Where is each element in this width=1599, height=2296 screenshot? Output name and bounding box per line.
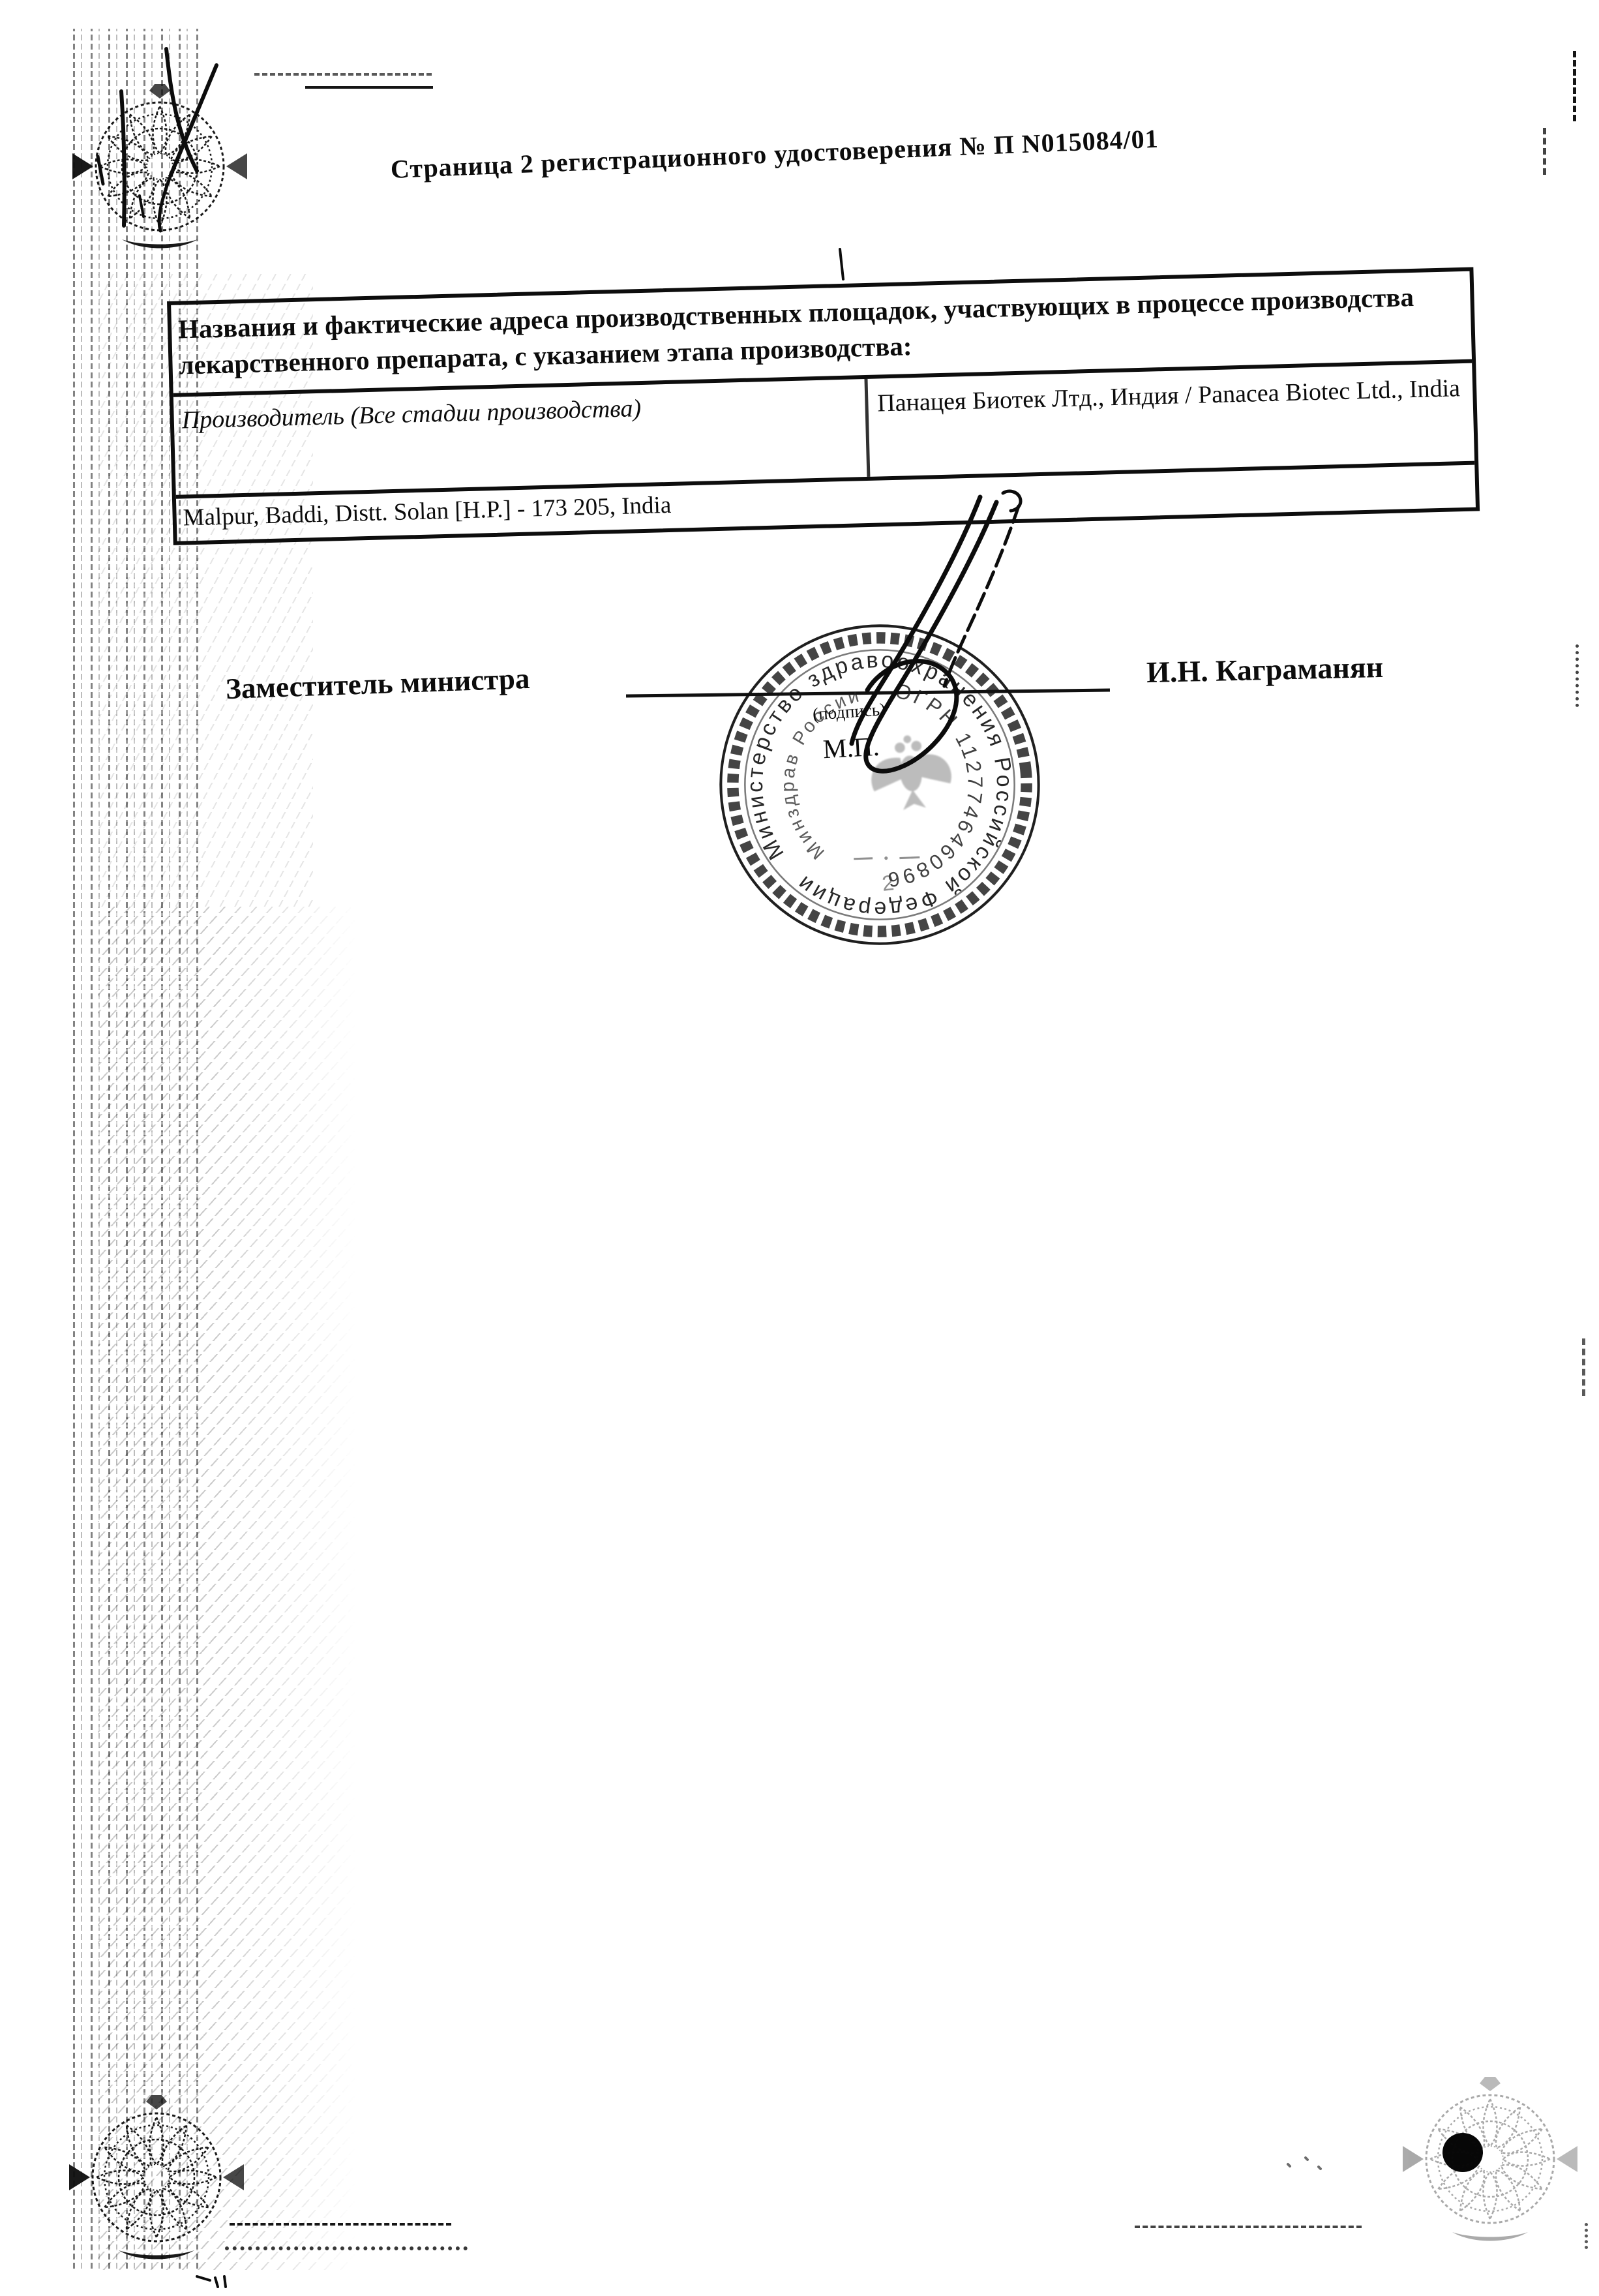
right-edge-dots-1	[1576, 644, 1579, 707]
seal-placeholder: М.П.	[822, 731, 880, 764]
rosette-bottom-right	[1403, 2077, 1577, 2241]
coat-of-arms-eagle	[867, 731, 955, 813]
page-title: Страница 2 регистрационного удостоверени…	[390, 119, 1258, 185]
signer-name: И.Н. Каграманян	[1146, 650, 1383, 689]
right-edge-dash-1	[1573, 51, 1576, 121]
right-edge-dots-2	[1585, 2223, 1588, 2249]
stray-dots-bottom-right	[1288, 2158, 1321, 2169]
manufacturing-sites-table: Названия и фактические адреса производст…	[167, 267, 1480, 545]
bottom-dotted-line-left	[225, 2246, 468, 2250]
scan-noise-lower-left	[98, 907, 378, 2270]
scanned-certificate-page: Страница 2 регистрационного удостоверени…	[0, 0, 1599, 2296]
producer-role-cell: Производитель (Все стадии производства)	[173, 379, 867, 495]
stray-marks-bottom-left	[197, 2276, 226, 2287]
stamp-number: 2	[881, 870, 895, 896]
right-edge-dash-2	[1543, 128, 1546, 175]
ink-blot	[1442, 2133, 1483, 2172]
ministry-round-stamp: Министерство здравоохранения Российской …	[696, 601, 1064, 969]
stray-mark-above-table	[840, 249, 843, 279]
right-edge-dash-3	[1582, 1338, 1585, 1396]
bottom-dashed-line-right	[1135, 2226, 1362, 2228]
top-solid-line	[305, 86, 433, 89]
bottom-dashed-line-left	[230, 2223, 451, 2226]
producer-name-cell: Панацея Биотек Лтд., Индия / Panacea Bio…	[864, 363, 1474, 476]
top-dashed-line	[254, 73, 432, 76]
stamp-bottom-divider	[854, 852, 919, 864]
